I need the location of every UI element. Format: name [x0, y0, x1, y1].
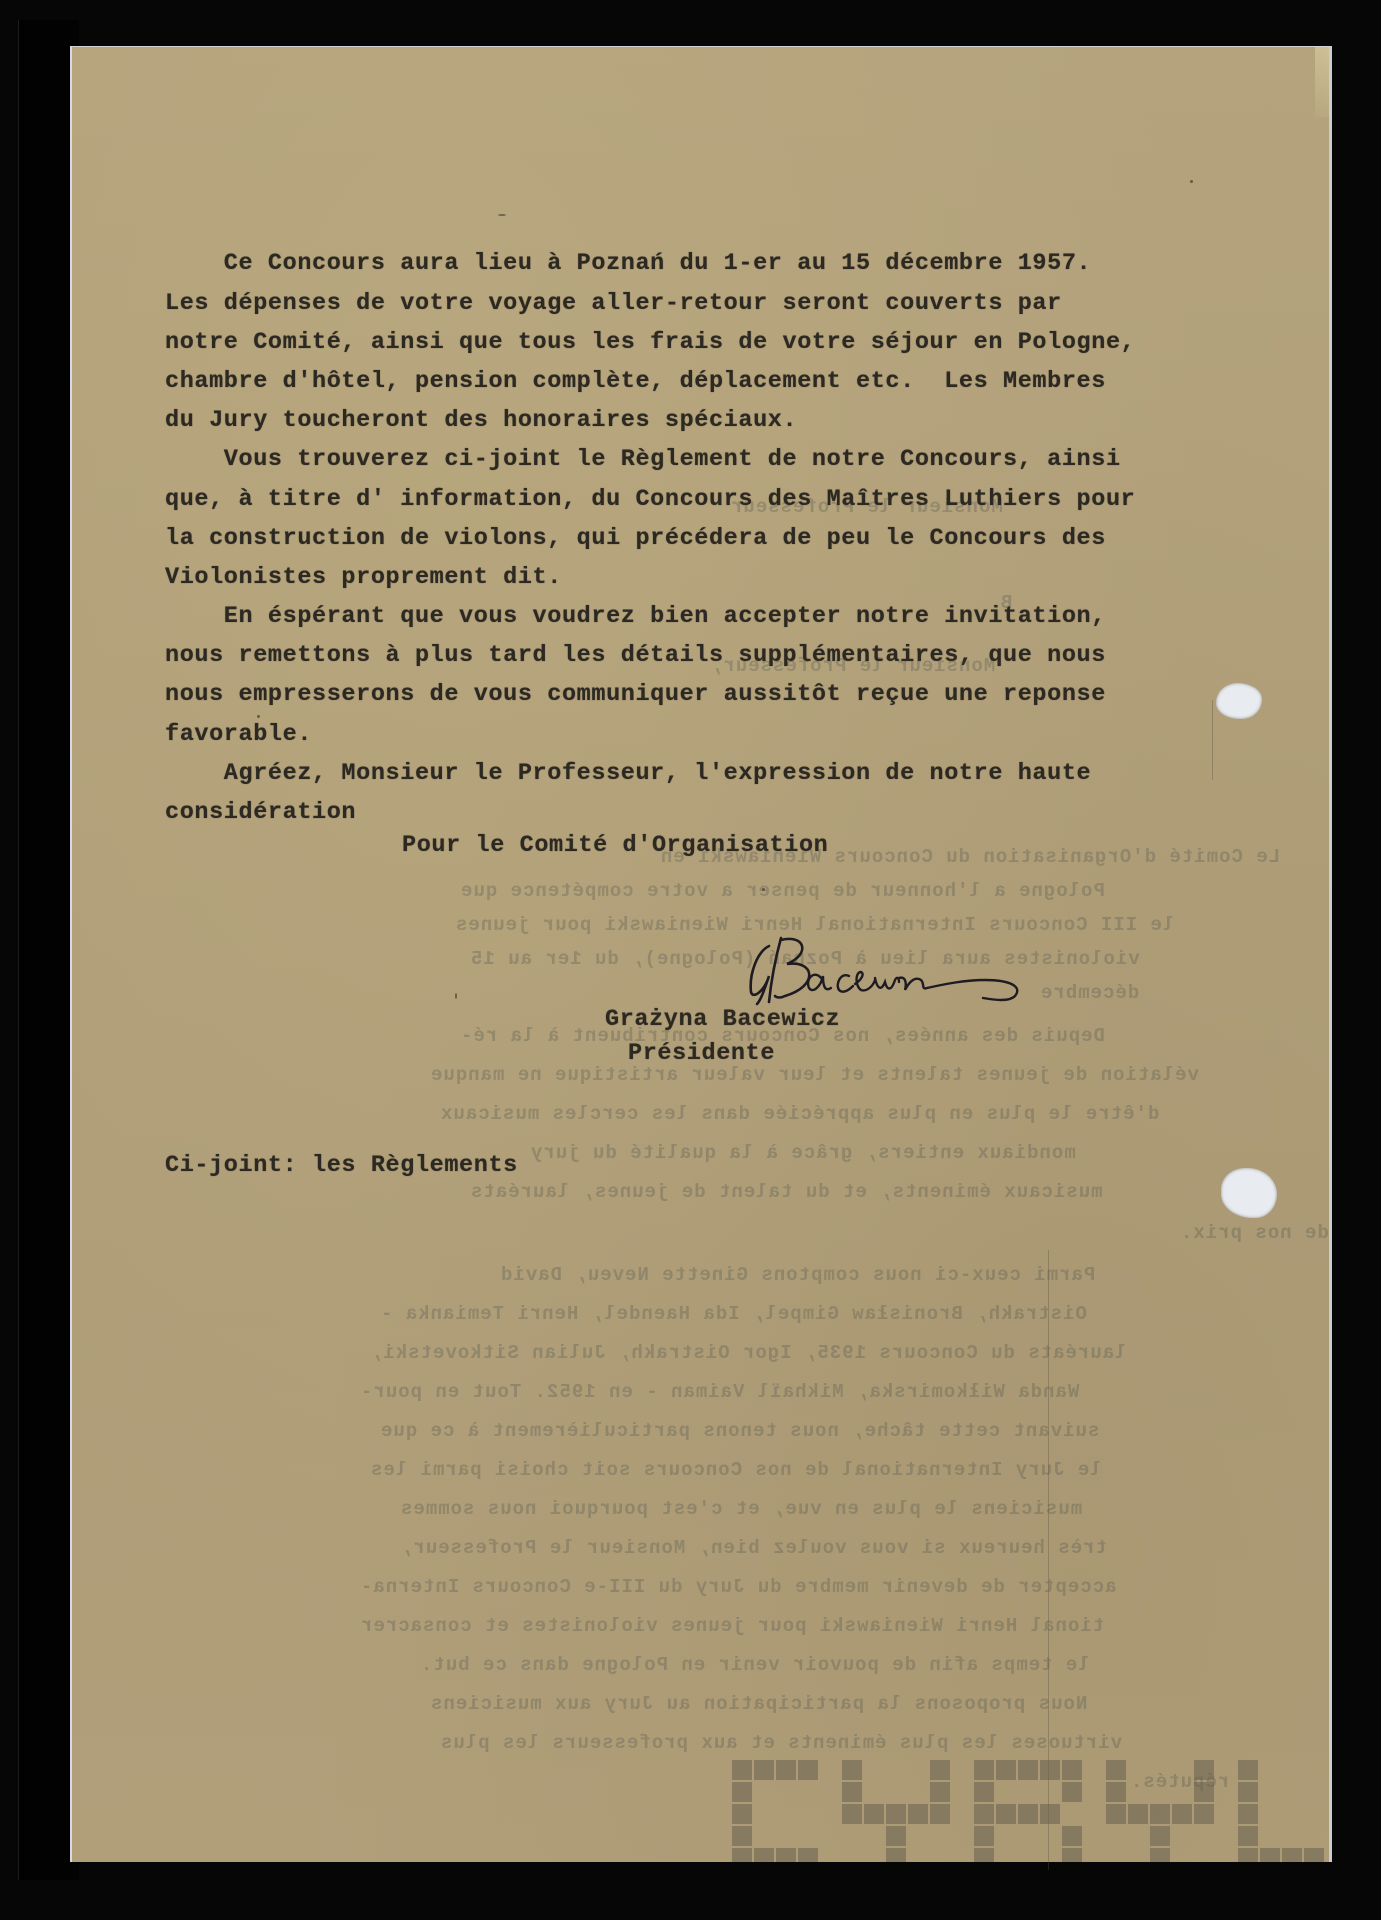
text-line: Ce Concours aura lieu à Poznań du 1-er a… — [165, 250, 1091, 277]
bleed-line: le temps afin de pouvoir venir en Pologn… — [420, 1654, 1090, 1676]
bleed-line: de nos prix. — [1180, 1222, 1329, 1244]
paper-speck — [762, 888, 765, 891]
text-line: nous empresserons de vous communiquer au… — [165, 681, 1106, 708]
bleed-line: Oistrakh, Bronisław Gimpel, Ida Haendel,… — [380, 1303, 1087, 1325]
bleed-line: suivant cette tâche, nous tenons particu… — [380, 1420, 1099, 1442]
bleed-line: musiciens le plus en vue, et c'est pourq… — [400, 1498, 1082, 1520]
paper-speck — [257, 715, 260, 718]
corner-fold — [1315, 47, 1329, 117]
paper-speck — [498, 214, 506, 216]
enclosure-note: Ci-joint: les Règlements — [165, 1152, 518, 1179]
bleed-line: Parmi ceux-ci nous comptons Ginette Neve… — [500, 1264, 1095, 1286]
crease-line — [1212, 700, 1213, 780]
text-line: du Jury toucheront des honoraires spécia… — [165, 407, 797, 434]
bleed-line: lauréats du Concours 1935, Igor Oistrakh… — [370, 1342, 1127, 1364]
text-line: considération — [165, 799, 356, 826]
text-line: En éspérant que vous voudrez bien accept… — [165, 603, 1106, 630]
text-line: favorable. — [165, 721, 312, 748]
bleed-line: musicaux éminents, et du talent de jeune… — [470, 1181, 1103, 1203]
text-line: Agréez, Monsieur le Professeur, l'expres… — [165, 760, 1091, 787]
text-line: Violonistes proprement dit. — [165, 564, 562, 591]
paper-speck — [1190, 180, 1193, 183]
signatory-title: Présidente — [628, 1040, 775, 1067]
bleed-line: tional Henri Wieniawski pour jeunes viol… — [360, 1615, 1104, 1637]
bleed-line: le Jury International de nos Concours so… — [370, 1459, 1102, 1481]
bleed-line: vélation de jeunes talents et leur valeu… — [430, 1064, 1199, 1086]
bleed-line: Wanda Wiłkomirska, Mikhaïl Vaiman - en 1… — [360, 1381, 1079, 1403]
bleed-line: d'être le plus en plus appréciée dans le… — [440, 1103, 1159, 1125]
punch-hole — [1216, 683, 1262, 719]
bleed-line: mondiaux entiers, grâce à la qualité du … — [530, 1142, 1076, 1164]
text-line: nous remettons à plus tard les détails s… — [165, 642, 1106, 669]
handwritten-signature — [735, 930, 1055, 1010]
text-line: Les dépenses de votre voyage aller-retou… — [165, 290, 1062, 317]
bleed-line: virtuoses les plus éminents et aux profe… — [440, 1732, 1122, 1754]
bleed-line: accepter de devenir membre du Jury du II… — [360, 1576, 1117, 1598]
punch-hole — [1221, 1168, 1277, 1218]
text-line: la construction de violons, qui précéder… — [165, 525, 1106, 552]
bleed-line: Nous proposons la participation au Jury … — [430, 1693, 1087, 1715]
text-line: notre Comité, ainsi que tous les frais d… — [165, 329, 1135, 356]
bleed-line: Pologne a l'honneur de penser a votre co… — [460, 880, 1105, 902]
text-line: chambre d'hôtel, pension complète, dépla… — [165, 368, 1106, 395]
text-line: que, à titre d' information, du Concours… — [165, 486, 1135, 513]
signatory-name: Grażyna Bacewicz — [605, 1006, 840, 1033]
text-line: Vous trouverez ci-joint le Règlement de … — [165, 446, 1121, 473]
on-behalf-line: Pour le Comité d'Organisation — [402, 832, 828, 859]
paper-speck — [455, 993, 457, 999]
cyryl-watermark-logo — [732, 1760, 1352, 1862]
bleed-line: très heureux si vous voulez bien, Monsie… — [400, 1537, 1107, 1559]
